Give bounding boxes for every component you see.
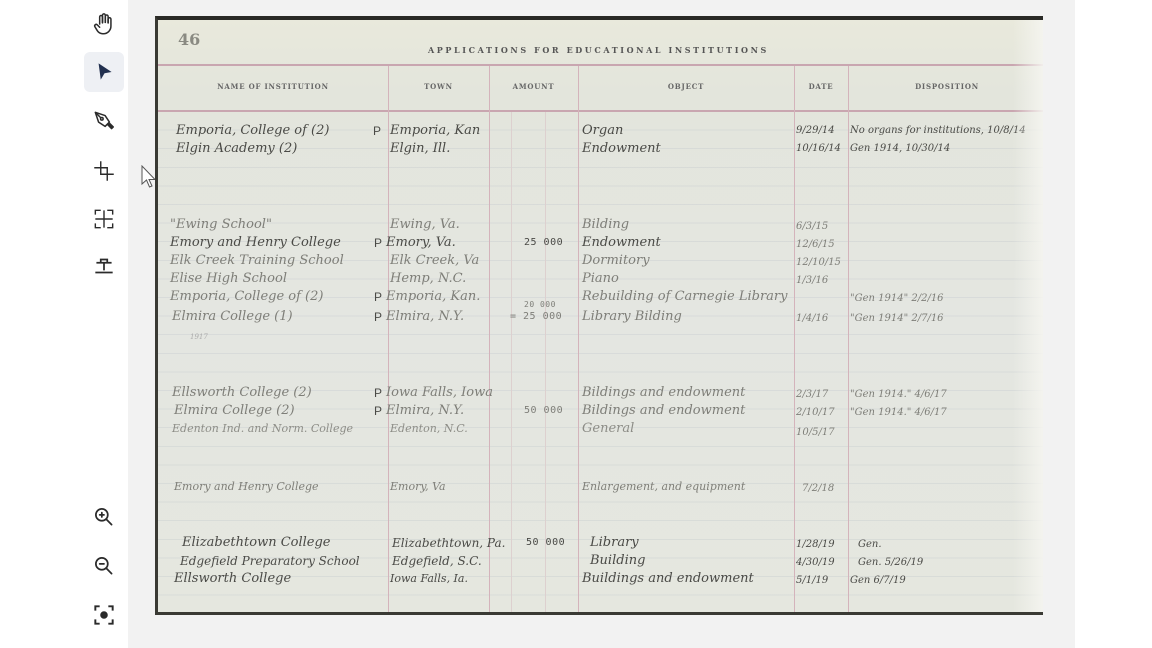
entry-object: Library <box>590 534 639 552</box>
entry-date: 9/29/14 <box>796 122 835 140</box>
region-tool-button[interactable] <box>84 199 124 239</box>
entry-name: Emory and Henry College <box>170 234 341 252</box>
entry-date: 12/6/15 <box>796 236 835 254</box>
entry-object: Building <box>590 552 645 570</box>
entry-disposition: Gen 1914, 10/30/14 <box>850 140 950 158</box>
entry-date: 2/10/17 <box>796 404 835 422</box>
entry-date: 1/28/19 <box>796 536 835 554</box>
text-tool-icon <box>91 253 117 279</box>
zoom-out-icon <box>91 553 117 579</box>
column-header-name: NAME OF INSTITUTION <box>158 82 388 91</box>
entry-object: Buildings and endowment <box>582 570 754 588</box>
left-toolbar <box>80 0 128 648</box>
column-divider <box>578 66 579 612</box>
entry-mark: P <box>374 234 382 252</box>
header-top-rule <box>158 64 1043 66</box>
entry-date: 2/3/17 <box>796 386 828 404</box>
column-divider <box>489 66 490 612</box>
entry-object: Organ <box>582 122 623 140</box>
column-header-object: OBJECT <box>578 82 794 91</box>
entry-town: Edgefield, S.C. <box>392 552 482 570</box>
column-divider <box>848 66 849 612</box>
entry-object: Piano <box>582 270 619 288</box>
entry-object: Bildings and endowment <box>582 402 745 420</box>
text-tool-button[interactable] <box>84 246 124 286</box>
column-divider <box>794 66 795 612</box>
entry-date: 5/1/19 <box>796 572 828 590</box>
entry-town: Edenton, N.C. <box>390 420 468 438</box>
entry-town: Hemp, N.C. <box>390 270 466 288</box>
entry-object: General <box>582 420 634 438</box>
entry-town: Elmira, N.Y. <box>386 308 464 326</box>
entry-name: Edenton Ind. and Norm. College <box>172 420 353 438</box>
entry-town: Ewing, Va. <box>390 216 460 234</box>
entry-date: 10/16/14 <box>796 140 841 158</box>
entry-object: Endowment <box>582 234 661 252</box>
column-header-town: TOWN <box>388 82 489 91</box>
entry-town: Elizabethtown, Pa. <box>392 534 505 552</box>
entry-date: 7/2/18 <box>802 480 834 498</box>
entry-amount: 50 000 <box>526 534 565 552</box>
entry-name: Emporia, College of (2) <box>176 122 329 140</box>
entry-date: 1/4/16 <box>796 310 828 328</box>
entry-object: Bilding <box>582 216 629 234</box>
entry-object: Rebuilding of Carnegie Library <box>582 288 788 306</box>
column-divider <box>388 66 389 612</box>
entry-date: 4/30/19 <box>796 554 835 572</box>
crop-tool-button[interactable] <box>84 151 124 191</box>
entry-town: Elk Creek, Va <box>390 252 479 270</box>
entry-town: Iowa Falls, Ia. <box>390 570 468 588</box>
entry-mark: P <box>374 288 382 306</box>
entry-name: Elgin Academy (2) <box>176 140 297 158</box>
pen-nib-icon <box>91 108 117 134</box>
column-header-date: DATE <box>794 82 848 91</box>
zoom-out-button[interactable] <box>84 546 124 586</box>
entry-disposition: Gen. <box>858 536 882 554</box>
entry-date: 1/3/16 <box>796 272 828 290</box>
entry-town: Elgin, Ill. <box>390 140 450 158</box>
column-header-disposition: DISPOSITION <box>848 82 1046 91</box>
entry-date: 10/5/17 <box>796 424 835 442</box>
entry-object: Bildings and endowment <box>582 384 745 402</box>
entry-object: Dormitory <box>582 252 650 270</box>
page-number: 46 <box>178 30 200 49</box>
entry-disposition: "Gen 1914." 4/6/17 <box>850 386 947 404</box>
ledger-title: APPLICATIONS FOR EDUCATIONAL INSTITUTION… <box>428 45 769 55</box>
pan-tool-button[interactable] <box>84 4 124 44</box>
entry-name: Edgefield Preparatory School <box>180 552 360 570</box>
entry-name: Emporia, College of (2) <box>170 288 323 306</box>
entry-mark: P <box>374 384 382 402</box>
header-bottom-rule <box>158 110 1043 112</box>
entry-name: Elmira College (1) <box>172 308 293 326</box>
entry-name: Elise High School <box>170 270 287 288</box>
crop-icon <box>91 158 117 184</box>
entry-name: Elk Creek Training School <box>170 252 344 270</box>
column-header-amount: AMOUNT <box>489 82 578 91</box>
entry-disposition: Gen 6/7/19 <box>850 572 906 590</box>
entry-town: Emory, Va <box>390 478 446 496</box>
entry-name: Emory and Henry College <box>174 478 319 496</box>
entry-object: Enlargement, and equipment <box>582 478 745 496</box>
select-tool-button[interactable] <box>84 52 124 92</box>
entry-town: Emporia, Kan. <box>386 288 480 306</box>
zoom-in-icon <box>91 504 117 530</box>
entry-name: Ellsworth College (2) <box>172 384 312 402</box>
year-annotation: 1917 <box>190 328 208 346</box>
entry-mark: P <box>374 308 382 326</box>
pen-tool-button[interactable] <box>84 101 124 141</box>
entry-object: Library Bilding <box>582 308 682 326</box>
ledger-page-image: 46 APPLICATIONS FOR EDUCATIONAL INSTITUT… <box>155 16 1043 615</box>
focus-icon <box>91 602 117 628</box>
entry-name: Elizabethtown College <box>182 534 331 552</box>
entry-town: Elmira, N.Y. <box>386 402 464 420</box>
entry-amount: 25 000 <box>524 234 563 252</box>
entry-amount: = 25 000 <box>510 308 562 326</box>
entry-disposition: No organs for institutions, 10/8/14 <box>850 122 1026 140</box>
entry-town: Iowa Falls, Iowa <box>386 384 493 402</box>
entry-date: 12/10/15 <box>796 254 841 272</box>
grid-region-icon <box>91 206 117 232</box>
entry-amount: 50 000 <box>524 402 563 420</box>
entry-disposition: "Gen 1914" 2/7/16 <box>850 310 944 328</box>
entry-town: Emory, Va. <box>386 234 456 252</box>
entry-mark: P <box>373 122 381 140</box>
entry-town: Emporia, Kan <box>390 122 480 140</box>
entry-disposition: "Gen 1914." 4/6/17 <box>850 404 947 422</box>
zoom-in-button[interactable] <box>84 497 124 537</box>
entry-mark: P <box>374 402 382 420</box>
entry-disposition: Gen. 5/26/19 <box>858 554 923 572</box>
entry-object: Endowment <box>582 140 661 158</box>
cursor-arrow-icon <box>91 59 117 85</box>
entry-name: Elmira College (2) <box>174 402 295 420</box>
column-divider <box>511 112 512 612</box>
entry-date: 6/3/15 <box>796 218 828 236</box>
fit-screen-button[interactable] <box>84 595 124 635</box>
hand-icon <box>91 11 117 37</box>
entry-disposition: "Gen 1914" 2/2/16 <box>850 290 944 308</box>
entry-name: "Ewing School" <box>170 216 272 234</box>
entry-name: Ellsworth College <box>174 570 291 588</box>
